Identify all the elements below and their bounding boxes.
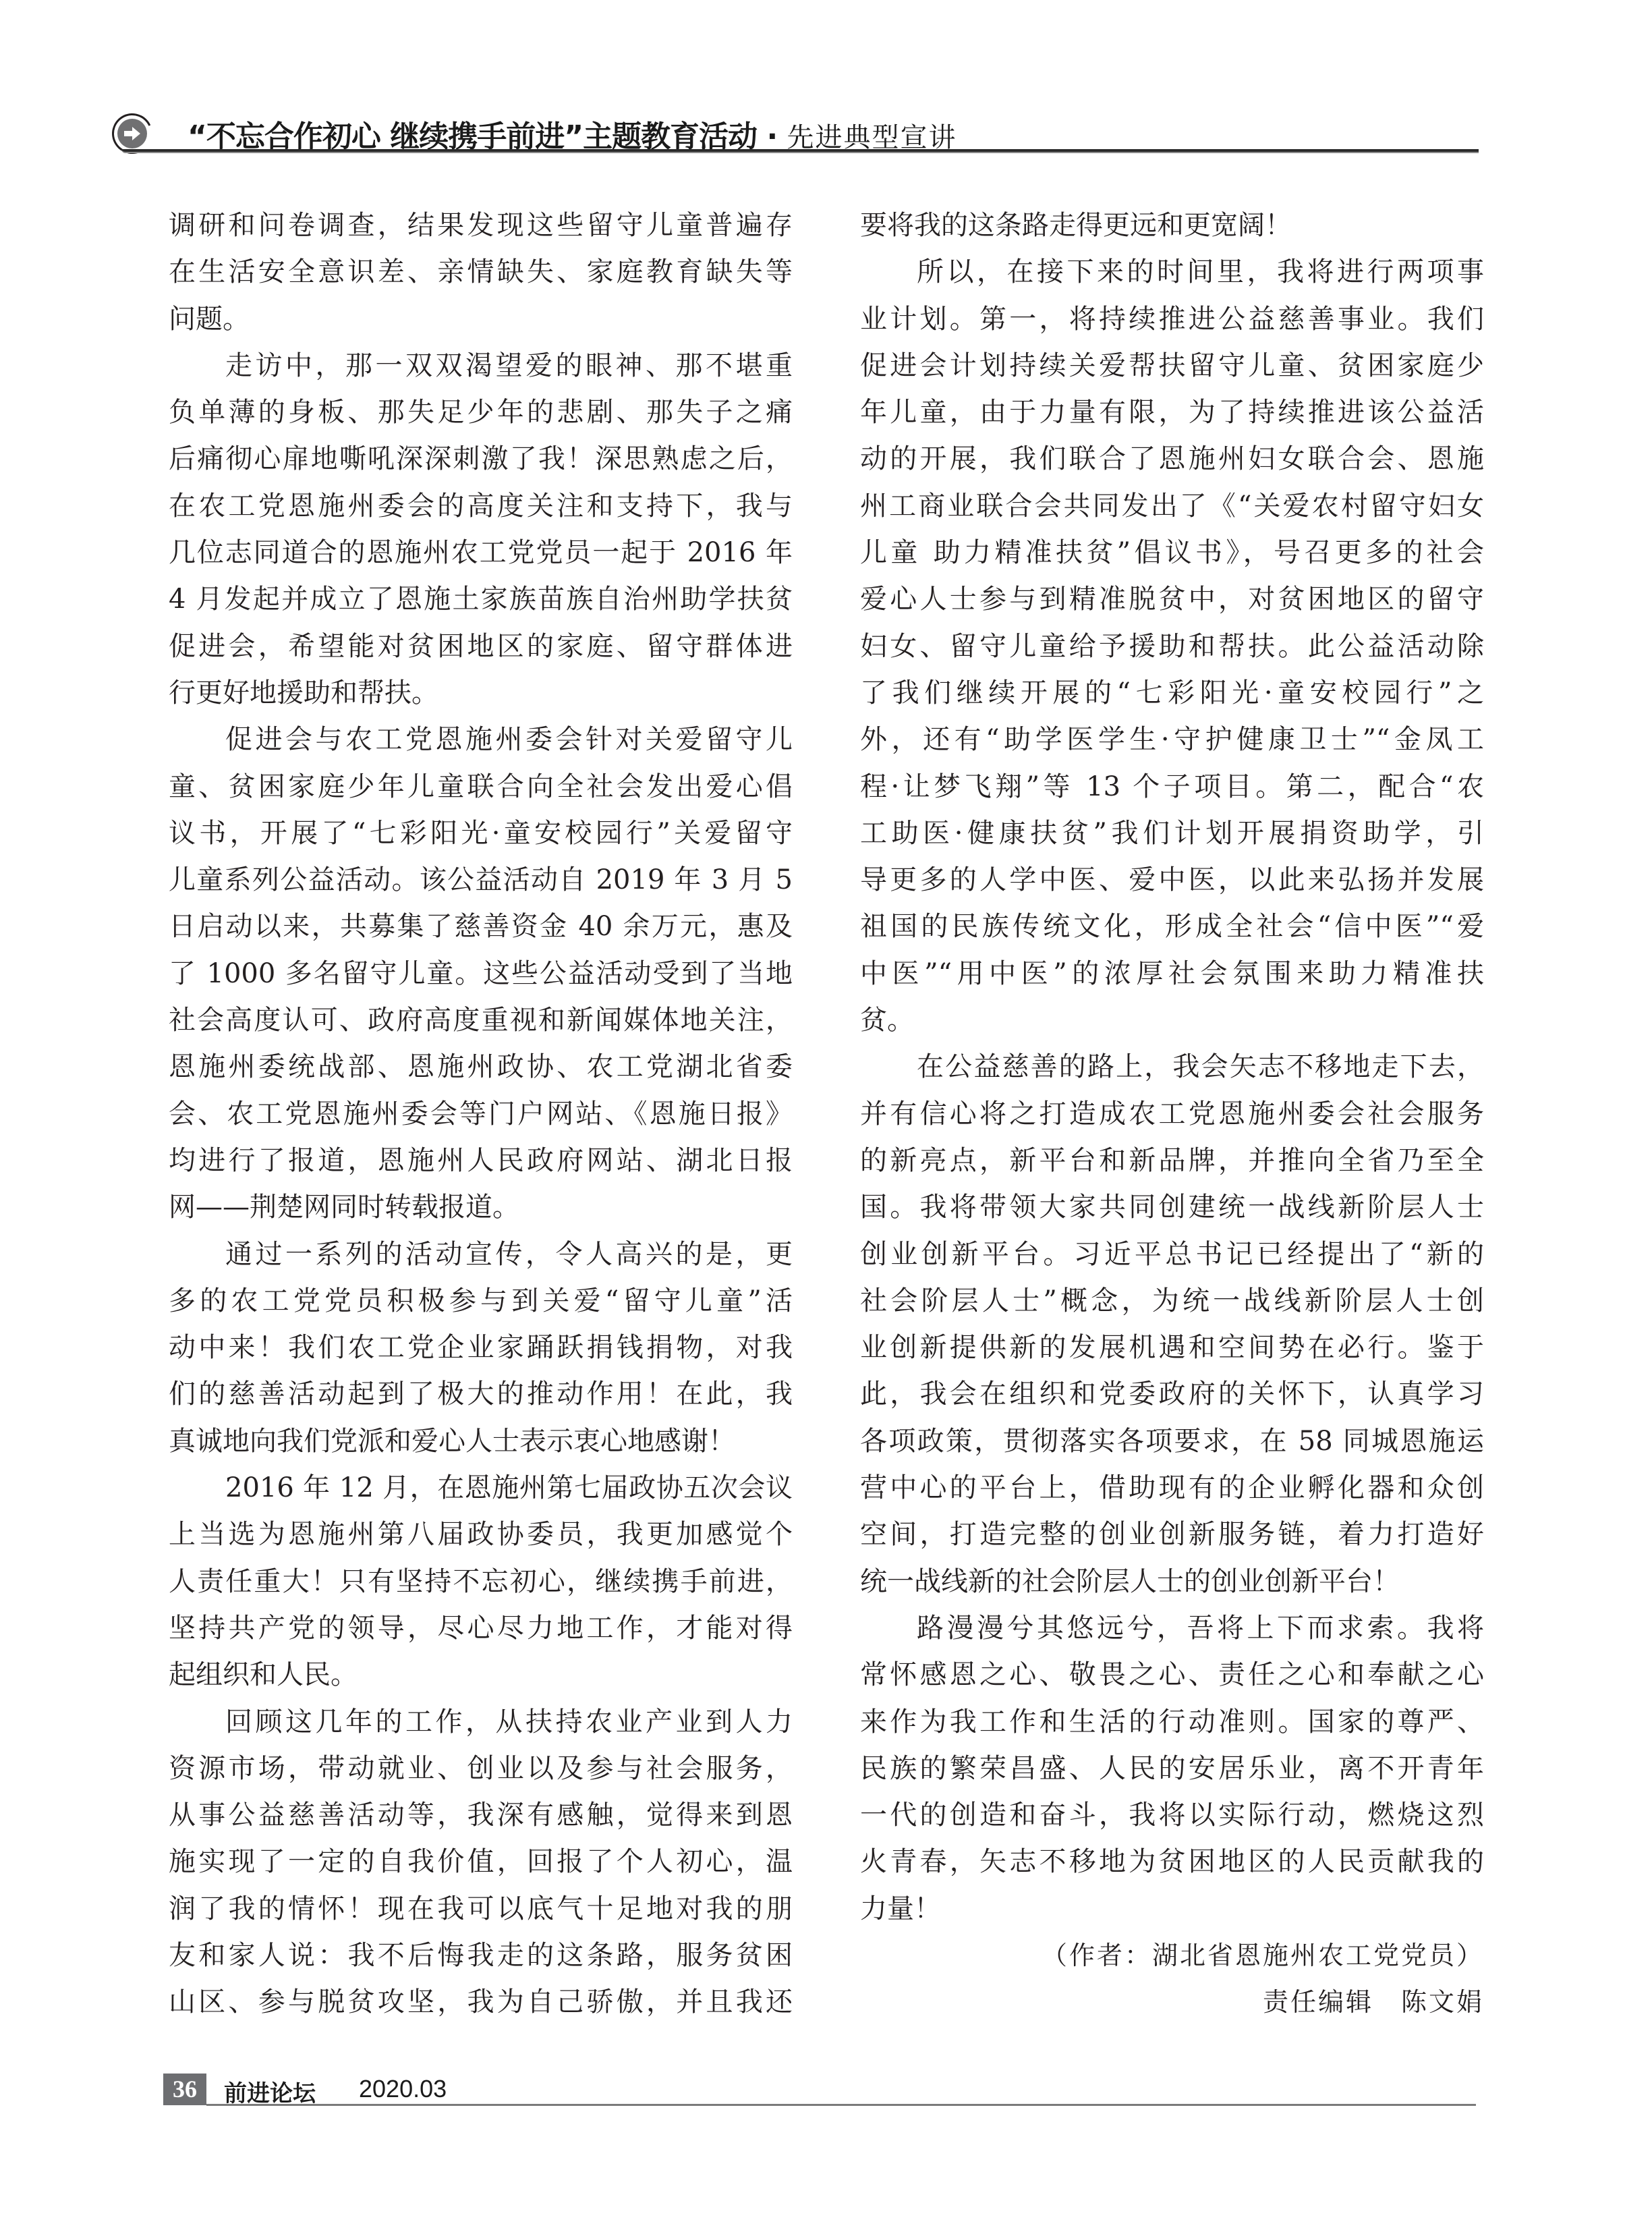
text-line: 并有信心将之打造成农工党恩施州委会社会服务 — [860, 1091, 1484, 1138]
text-line: 火青春，矢志不移地为贫困地区的人民贡献我的 — [860, 1839, 1484, 1885]
text-line: 在农工党恩施州委会的高度关注和支持下，我与 — [169, 483, 793, 530]
text-line: 多的农工党党员积极参与到关爱“留守儿童”活 — [169, 1278, 793, 1325]
arrow-right-circle-icon — [117, 119, 147, 148]
page-number: 36 — [163, 2074, 206, 2105]
text-line: 儿童系列公益活动。该公益活动自 2019 年 3 月 5 — [169, 857, 793, 903]
text-line: 祖国的民族传统文化，形成全社会“信中医”“爱 — [860, 903, 1484, 950]
text-line: 在公益慈善的路上，我会矢志不移地走下去， — [860, 1044, 1484, 1090]
text-line: 社会高度认可、政府高度重视和新闻媒体地关注， — [169, 997, 793, 1044]
text-line: 恩施州委统战部、恩施州政协、农工党湖北省委 — [169, 1044, 793, 1090]
author-byline: （作者：湖北省恩施州农工党党员） — [860, 1932, 1484, 1979]
text-line: 民族的繁荣昌盛、人民的安居乐业，离不开青年 — [860, 1746, 1484, 1792]
text-line: 常怀感恩之心、敬畏之心、责任之心和奉献之心 — [860, 1652, 1484, 1698]
editor-credit: 责任编辑 陈文娟 — [860, 1979, 1484, 2026]
text-line: 贫。 — [860, 997, 1484, 1044]
text-line: 行更好地援助和帮扶。 — [169, 670, 793, 717]
text-line: 促进会计划持续关爱帮扶留守儿童、贫困家庭少 — [860, 343, 1484, 389]
text-line: 统一战线新的社会阶层人士的创业创新平台！ — [860, 1559, 1484, 1605]
text-line: 起组织和人民。 — [169, 1652, 793, 1698]
text-line: 资源市场，带动就业、创业以及参与社会服务， — [169, 1746, 793, 1792]
text-line: 们的慈善活动起到了极大的推动作用！在此，我 — [169, 1371, 793, 1418]
text-line: 真诚地向我们党派和爱心人士表示衷心地感谢！ — [169, 1418, 793, 1465]
text-line: 4 月发起并成立了恩施土家族苗族自治州助学扶贫 — [169, 576, 793, 623]
text-line: 山区、参与脱贫攻坚，我为自己骄傲，并且我还 — [169, 1979, 793, 2026]
text-line: 国。我将带领大家共同创建统一战线新阶层人士 — [860, 1184, 1484, 1231]
text-line: 几位志同道合的恩施州农工党党员一起于 2016 年 — [169, 530, 793, 576]
text-line: 动中来！我们农工党企业家踊跃捐钱捐物，对我 — [169, 1325, 793, 1371]
header-rule — [121, 149, 1479, 153]
text-line: 儿童 助力精准扶贫”倡议书》，号召更多的社会 — [860, 530, 1484, 576]
text-line: 网——荆楚网同时转载报道。 — [169, 1184, 793, 1231]
text-line: 童、贫困家庭少年儿童联合向全社会发出爱心倡 — [169, 764, 793, 810]
text-line: 空间，打造完整的创业创新服务链，着力打造好 — [860, 1511, 1484, 1558]
text-line: 导更多的人学中医、爱中医，以此来弘扬并发展 — [860, 857, 1484, 903]
text-line: 促进会，希望能对贫困地区的家庭、留守群体进 — [169, 623, 793, 670]
text-line: 负单薄的身板、那失足少年的悲剧、那失子之痛 — [169, 389, 793, 436]
text-line: 营中心的平台上，借助现有的企业孵化器和众创 — [860, 1465, 1484, 1511]
text-line: 润了我的情怀！现在我可以底气十足地对我的朋 — [169, 1886, 793, 1932]
text-line: 友和家人说：我不后悔我走的这条路，服务贫困 — [169, 1932, 793, 1979]
text-line: 此，我会在组织和党委政府的关怀下，认真学习 — [860, 1371, 1484, 1418]
text-line: 业计划。第一，将持续推进公益慈善事业。我们 — [860, 296, 1484, 343]
text-line: 的新亮点，新平台和新品牌，并推向全省乃至全 — [860, 1138, 1484, 1184]
text-line: 所以，在接下来的时间里，我将进行两项事 — [860, 249, 1484, 296]
text-line: 回顾这几年的工作，从扶持农业产业到人力 — [169, 1699, 793, 1746]
text-line: 施实现了一定的自我价值，回报了个人初心，温 — [169, 1839, 793, 1885]
issue-date: 2020.03 — [359, 2075, 447, 2103]
text-line: 上当选为恩施州第八届政协委员，我更加感觉个 — [169, 1511, 793, 1558]
text-line: 人责任重大！只有坚持不忘初心，继续携手前进， — [169, 1559, 793, 1605]
text-line: 后痛彻心扉地嘶吼深深刺激了我！深思熟虑之后， — [169, 436, 793, 482]
right-column: 要将我的这条路走得更远和更宽阔！所以，在接下来的时间里，我将进行两项事业计划。第… — [860, 202, 1484, 2026]
text-line: 从事公益慈善活动等，我深有感触，觉得来到恩 — [169, 1792, 793, 1839]
text-line: 通过一系列的活动宣传，令人高兴的是，更 — [169, 1231, 793, 1278]
text-line: 社会阶层人士”概念，为统一战线新阶层人士创 — [860, 1278, 1484, 1325]
magazine-name: 前进论坛 — [224, 2075, 316, 2108]
text-line: 创业创新平台。习近平总书记已经提出了“新的 — [860, 1231, 1484, 1278]
text-line: 了我们继续开展的“七彩阳光·童安校园行”之 — [860, 670, 1484, 717]
text-line: 走访中，那一双双渴望爱的眼神、那不堪重 — [169, 343, 793, 389]
text-line: 一代的创造和奋斗，我将以实际行动，燃烧这烈 — [860, 1792, 1484, 1839]
text-line: 中医”“用中医”的浓厚社会氛围来助力精准扶 — [860, 951, 1484, 997]
footer-rule — [206, 2104, 1476, 2106]
text-line: 在生活安全意识差、亲情缺失、家庭教育缺失等 — [169, 249, 793, 296]
text-line: 年儿童，由于力量有限，为了持续推进该公益活 — [860, 389, 1484, 436]
running-header: “不忘合作初心 继续携手前进”主题教育活动 · 先进典型宣讲 — [108, 100, 1479, 154]
text-line: 妇女、留守儿童给予援助和帮扶。此公益活动除 — [860, 623, 1484, 670]
text-line: 来作为我工作和生活的行动准则。国家的尊严、 — [860, 1699, 1484, 1746]
text-line: 力量！ — [860, 1886, 1484, 1932]
text-line: 程·让梦飞翔”等 13 个子项目。第二，配合“农 — [860, 764, 1484, 810]
text-line: 坚持共产党的领导，尽心尽力地工作，才能对得 — [169, 1605, 793, 1652]
text-line: 问题。 — [169, 296, 793, 343]
text-line: 调研和问卷调查，结果发现这些留守儿童普遍存 — [169, 202, 793, 249]
text-line: 2016 年 12 月，在恩施州第七届政协五次会议 — [169, 1465, 793, 1511]
text-line: 议书，开展了“七彩阳光·童安校园行”关爱留守 — [169, 810, 793, 857]
text-line: 路漫漫兮其悠远兮，吾将上下而求索。我将 — [860, 1605, 1484, 1652]
text-line: 要将我的这条路走得更远和更宽阔！ — [860, 202, 1484, 249]
text-line: 州工商业联合会共同发出了《“关爱农村留守妇女 — [860, 483, 1484, 530]
text-line: 爱心人士参与到精准脱贫中，对贫困地区的留守 — [860, 576, 1484, 623]
text-line: 会、农工党恩施州委会等门户网站、《恩施日报》 — [169, 1091, 793, 1138]
text-line: 业创新提供新的发展机遇和空间势在必行。鉴于 — [860, 1325, 1484, 1371]
page-footer: 36 前进论坛 2020.03 — [163, 2074, 1476, 2107]
text-line: 各项政策，贯彻落实各项要求，在 58 同城恩施运 — [860, 1418, 1484, 1465]
text-line: 动的开展，我们联合了恩施州妇女联合会、恩施 — [860, 436, 1484, 482]
text-line: 工助医·健康扶贫”我们计划开展捐资助学，引 — [860, 810, 1484, 857]
left-column: 调研和问卷调查，结果发现这些留守儿童普遍存在生活安全意识差、亲情缺失、家庭教育缺… — [169, 202, 793, 2026]
text-line: 均进行了报道，恩施州人民政府网站、湖北日报 — [169, 1138, 793, 1184]
text-line: 了 1000 多名留守儿童。这些公益活动受到了当地 — [169, 951, 793, 997]
text-line: 促进会与农工党恩施州委会针对关爱留守儿 — [169, 717, 793, 763]
text-line: 日启动以来，共募集了慈善资金 40 余万元，惠及 — [169, 903, 793, 950]
text-line: 外，还有“助学医学生·守护健康卫士”“金凤工 — [860, 717, 1484, 763]
